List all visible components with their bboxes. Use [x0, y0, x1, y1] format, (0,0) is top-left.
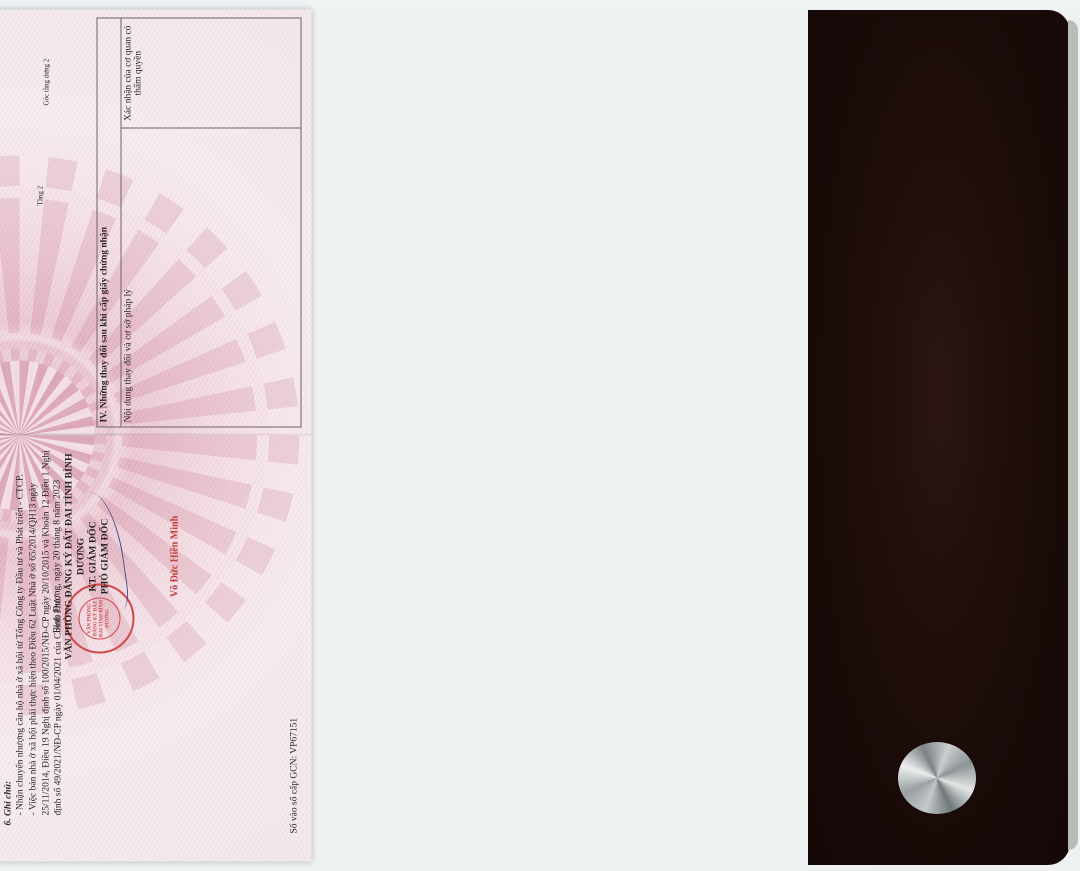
top-strip — [0, 0, 1080, 10]
authority-confirmation-header: Xác nhận của cơ quan có thẩm quyền — [121, 18, 301, 128]
certificate-serial: Số vào sổ cấp GCN: VP67151 — [289, 718, 302, 834]
place-date: Bình Dương, ngày 20 tháng 8 năm 2023 — [52, 442, 64, 672]
issuing-office: VĂN PHÒNG ĐĂNG KÝ ĐẤT ĐAI TỈNH BÌNH DƯƠN… — [64, 442, 88, 672]
right-page: III. Sơ đồ thửa đất, nhà ở và tài sản kh… — [0, 10, 312, 436]
signature-block: Bình Dương, ngày 20 tháng 8 năm 2023 VĂN… — [52, 442, 182, 672]
signer-name: Võ Đức Hiền Minh — [170, 442, 182, 672]
dark-glass-panel — [808, 10, 1070, 865]
sketch-label: Góc tầng dưng 2 — [43, 59, 51, 106]
certificate-document: II. Thửa đất, nhà ở và tài sản khác gắn … — [0, 10, 312, 862]
left-page: II. Thửa đất, nhà ở và tài sản khác gắn … — [0, 436, 312, 862]
sketch-label: Tầng 2 — [37, 186, 45, 206]
changes-table: IV. Những thay đổi sau khi cấp giấy chứn… — [97, 18, 302, 428]
section-4-title: IV. Những thay đổi sau khi cấp giấy chứn… — [97, 18, 121, 427]
signer-kt: KT. GIÁM ĐỐC — [88, 442, 100, 672]
dark-panel-edge — [1068, 20, 1078, 850]
signer-title: PHÓ GIÁM ĐỐC — [100, 442, 112, 672]
photo-scene: II. Thửa đất, nhà ở và tài sản khác gắn … — [0, 0, 1080, 871]
changes-content-header: Nội dung thay đổi và cơ sở pháp lý — [121, 128, 301, 427]
metal-knob-icon — [898, 742, 976, 814]
notes-heading: 6. Ghi chú: — [2, 454, 15, 826]
note-line: - Nhận chuyển nhượng căn hộ nhà ở xã hội… — [15, 436, 28, 816]
